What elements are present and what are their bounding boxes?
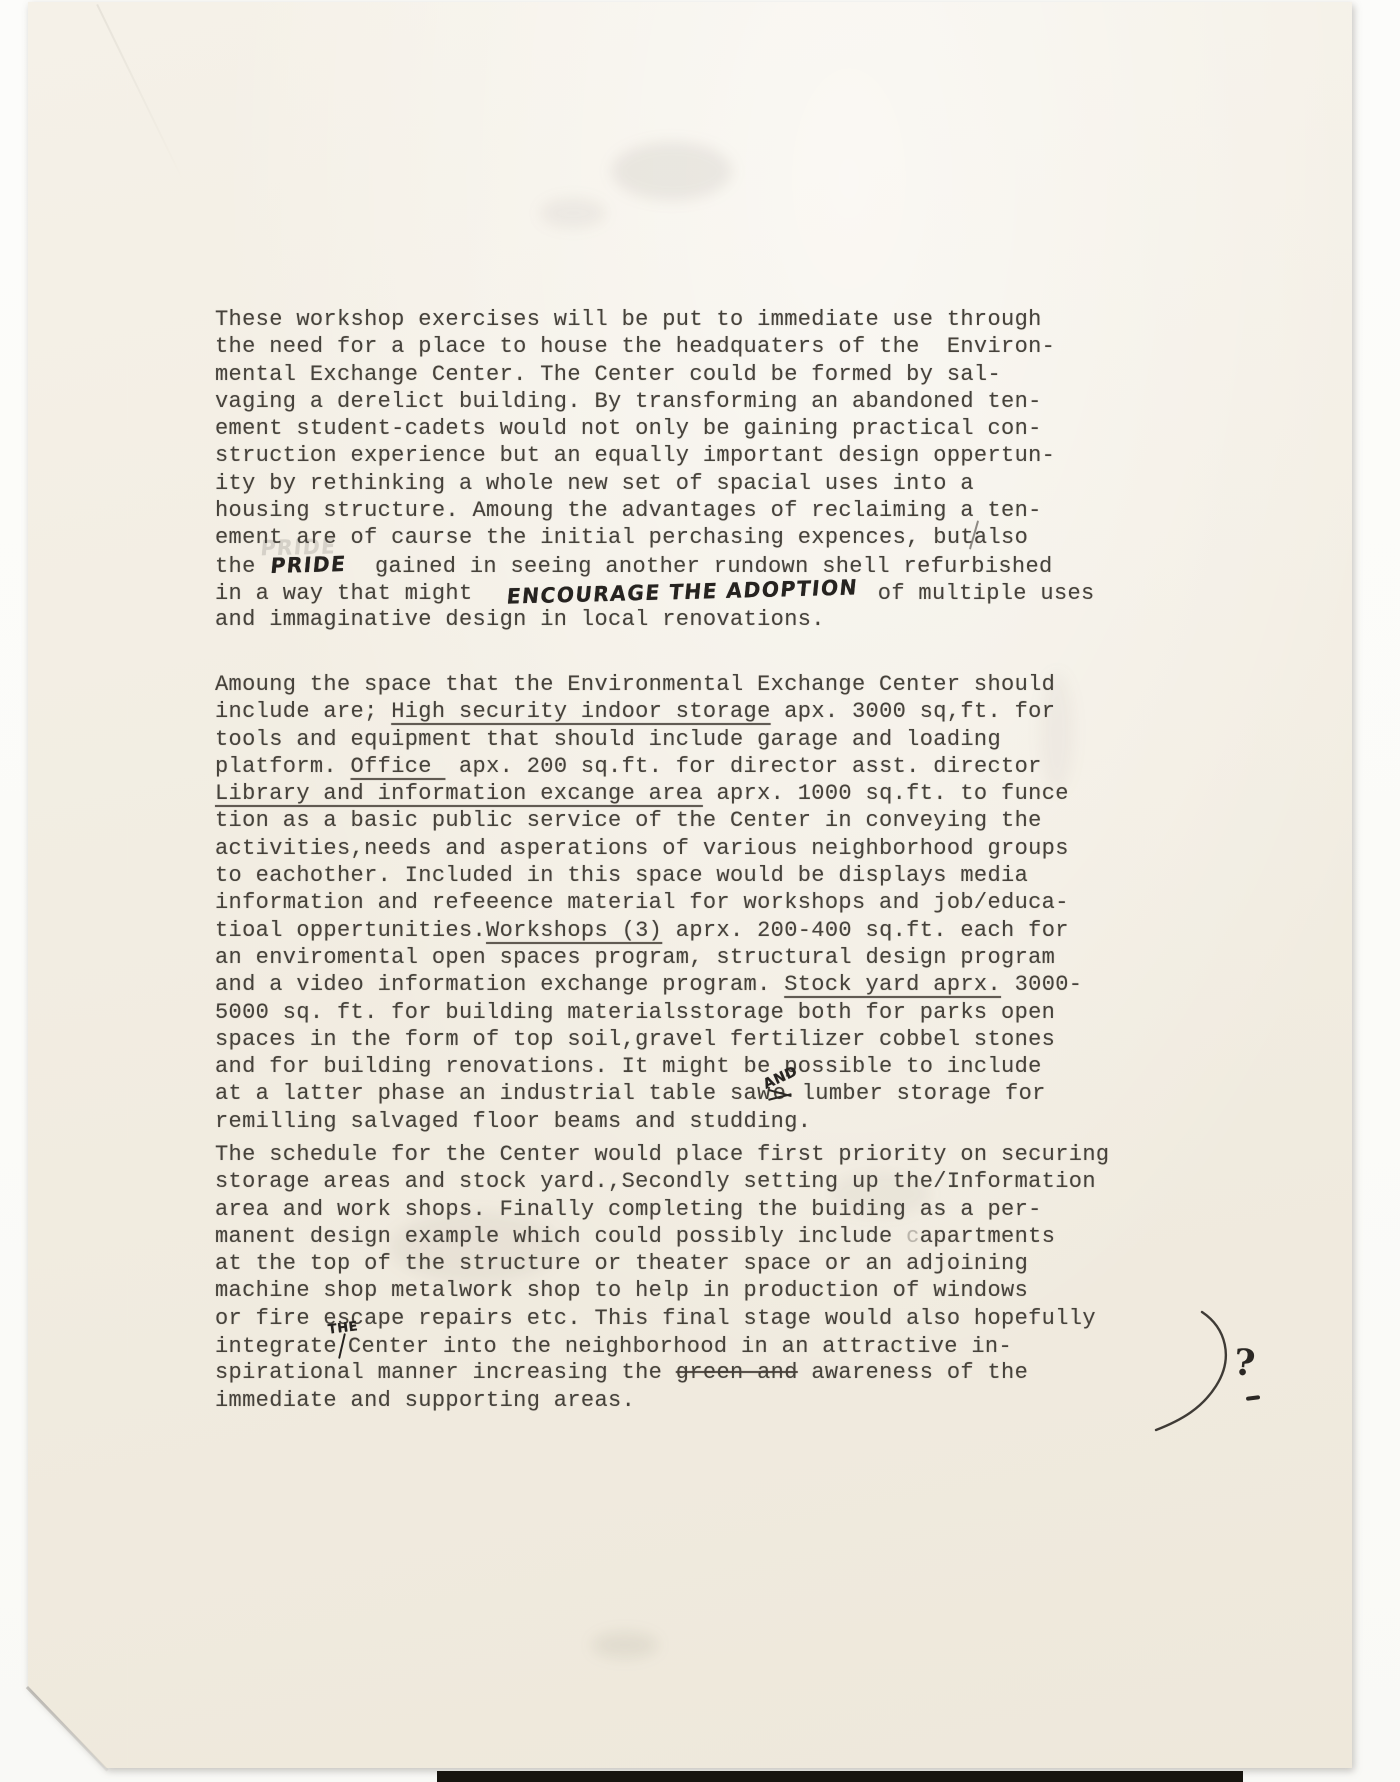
typed-line: immediate and supporting areas. <box>215 1387 1109 1414</box>
typed-text: housing structure. Amoung the advantages… <box>215 498 1042 523</box>
typed-line: manent design example which could possib… <box>215 1223 1109 1250</box>
scribbled-out-char: e <box>771 1080 789 1107</box>
typed-text: 3000- <box>1001 972 1082 997</box>
typed-line: struction experience but an equally impo… <box>215 442 1095 469</box>
typed-line: the need for a place to house the headqu… <box>215 333 1095 360</box>
typed-line: and a video information exchange program… <box>215 971 1082 998</box>
typed-underlined-heading: Stock yard aprx. <box>784 972 1001 997</box>
typed-line: include are; High security indoor storag… <box>215 698 1082 725</box>
typed-line: activities,needs and asperations of vari… <box>215 835 1082 862</box>
typed-line: 5000 sq. ft. for building materialsstora… <box>215 999 1082 1026</box>
typed-line: tools and equipment that should include … <box>215 726 1082 753</box>
typed-line: housing structure. Amoung the advantages… <box>215 497 1095 524</box>
typed-text: tion as a basic public service of the Ce… <box>215 808 1042 833</box>
pen-question-mark: ? <box>1232 1341 1257 1385</box>
typed-faint-char: c <box>906 1224 920 1249</box>
typed-text: manent design example which could possib… <box>215 1224 906 1249</box>
typed-text: aprx. 200-400 sq.ft. each for <box>662 918 1069 943</box>
typed-line: storage areas and stock yard.,Secondly s… <box>215 1168 1109 1195</box>
typed-text: apx. 200 sq.ft. for director asst. direc… <box>445 754 1041 779</box>
typed-text: The schedule for the Center would place … <box>215 1142 1109 1167</box>
typed-text: of multiple uses <box>864 581 1094 606</box>
typed-line: integrateTHECenter into the neighborhood… <box>215 1332 1109 1359</box>
typed-line: in a way that might ENCOURAGE THE ADOPTI… <box>215 579 1095 606</box>
typed-text: and immaginative design in local renovat… <box>215 607 825 632</box>
typed-text: 5000 sq. ft. for building materialsstora… <box>215 1000 1055 1025</box>
typed-text: apartments <box>920 1224 1056 1249</box>
typed-line: remilling salvaged floor beams and studd… <box>215 1108 1082 1135</box>
typed-line: spaces in the form of top soil,gravel fe… <box>215 1026 1082 1053</box>
handwritten-word: PRIDE <box>269 551 347 580</box>
typed-text: integrate <box>215 1334 337 1359</box>
typed-text: lumber storage for <box>788 1081 1046 1106</box>
typed-text: tioal oppertunities. <box>215 918 486 943</box>
typed-text: mental Exchange Center. The Center could… <box>215 362 1001 387</box>
typed-line: tioal oppertunities.Workshops (3) aprx. … <box>215 917 1082 944</box>
typescript: These workshop exercises will be put to … <box>0 0 1400 1782</box>
typed-text: information and refeeence material for w… <box>215 890 1069 915</box>
typed-text: spirational manner increasing the <box>215 1360 676 1385</box>
typed-line: ement student-cadets would not only be g… <box>215 415 1095 442</box>
typed-text: at the top of the structure or theater s… <box>215 1251 1028 1276</box>
typed-line: platform. Office apx. 200 sq.ft. for dir… <box>215 753 1082 780</box>
typed-text: in a way that might <box>215 581 500 606</box>
typed-text: storage areas and stock yard.,Secondly s… <box>215 1169 1096 1194</box>
typed-text: platform. <box>215 754 351 779</box>
typed-line: These workshop exercises will be put to … <box>215 306 1095 333</box>
typed-underlined-heading: High security indoor storage <box>391 699 770 724</box>
typed-text: area and work shops. Finally completing … <box>215 1197 1042 1222</box>
typed-text: struction experience but an equally impo… <box>215 443 1055 468</box>
typed-line: spirational manner increasing the green … <box>215 1359 1109 1386</box>
typed-text: activities,needs and asperations of vari… <box>215 836 1069 861</box>
handwritten-insertion: ANDe <box>771 1080 789 1108</box>
typed-text: aprx. 1000 sq.ft. to funce <box>703 781 1069 806</box>
typed-line: vaging a derelict building. By transform… <box>215 388 1095 415</box>
paragraph: These workshop exercises will be put to … <box>215 306 1095 634</box>
typed-line: area and work shops. Finally completing … <box>215 1196 1109 1223</box>
typed-text: at a latter phase an industrial table sa… <box>215 1081 771 1106</box>
typed-line: Amoung the space that the Environmental … <box>215 671 1082 698</box>
typed-text: include are; <box>215 699 391 724</box>
typed-line: and for building renovations. It might b… <box>215 1053 1082 1080</box>
typed-line: machine shop metalwork shop to help in p… <box>215 1277 1109 1304</box>
typed-line: the PRIDE gained in seeing another rundo… <box>215 552 1095 579</box>
typed-line: information and refeeence material for w… <box>215 889 1082 916</box>
typed-text: an enviromental open spaces program, str… <box>215 945 1055 970</box>
typed-text: These workshop exercises will be put to … <box>215 307 1042 332</box>
typed-line: at a latter phase an industrial table sa… <box>215 1080 1082 1107</box>
typed-text: machine shop metalwork shop to help in p… <box>215 1278 1028 1303</box>
typed-line: an enviromental open spaces program, str… <box>215 944 1082 971</box>
typed-text: spaces in the form of top soil,gravel fe… <box>215 1027 1055 1052</box>
typed-line: The schedule for the Center would place … <box>215 1141 1109 1168</box>
typed-text: ement student-cadets would not only be g… <box>215 416 1042 441</box>
handwritten-insertion: THE <box>337 1332 348 1352</box>
handwritten-word: THE <box>326 1313 359 1344</box>
typed-underlined-heading: Workshops (3) <box>486 918 662 943</box>
typed-text: apx. 3000 sq,ft. for <box>771 699 1056 724</box>
typed-line: tion as a basic public service of the Ce… <box>215 807 1082 834</box>
typed-line: mental Exchange Center. The Center could… <box>215 361 1095 388</box>
typed-text: the need for a place to house the headqu… <box>215 334 1055 359</box>
typed-text: immediate and supporting areas. <box>215 1388 635 1413</box>
typed-line: to eachother. Included in this space wou… <box>215 862 1082 889</box>
typed-line: ity by rethinking a whole new set of spa… <box>215 470 1095 497</box>
typed-line: Library and information excange area apr… <box>215 780 1082 807</box>
typed-text: tools and equipment that should include … <box>215 727 1001 752</box>
typed-text: Amoung the space that the Environmental … <box>215 672 1055 697</box>
typed-line: and immaginative design in local renovat… <box>215 606 1095 633</box>
paragraph: The schedule for the Center would place … <box>215 1141 1109 1414</box>
typed-line: at the top of the structure or theater s… <box>215 1250 1109 1277</box>
typed-line: ement are of caurse the initial perchasi… <box>215 524 1095 551</box>
typed-text: remilling salvaged floor beams and studd… <box>215 1109 811 1134</box>
typed-text: ity by rethinking a whole new set of spa… <box>215 471 974 496</box>
typed-text: vaging a derelict building. By transform… <box>215 389 1042 414</box>
typed-text: awareness of the <box>798 1360 1028 1385</box>
paragraph: Amoung the space that the Environmental … <box>215 671 1082 1135</box>
scanner-edge-strip <box>437 1771 1243 1782</box>
typed-underlined-heading: Library and information excange area <box>215 781 703 806</box>
typed-text: Center into the neighborhood in an attra… <box>348 1334 1012 1359</box>
typed-text: to eachother. Included in this space wou… <box>215 863 1028 888</box>
typed-text: and for building renovations. It might b… <box>215 1054 1042 1079</box>
typed-underlined-heading: Office <box>351 754 446 779</box>
typed-struck-text: green and <box>676 1360 798 1385</box>
typed-text: gained in seeing another rundown shell r… <box>348 554 1053 579</box>
typed-text: and a video information exchange program… <box>215 972 784 997</box>
